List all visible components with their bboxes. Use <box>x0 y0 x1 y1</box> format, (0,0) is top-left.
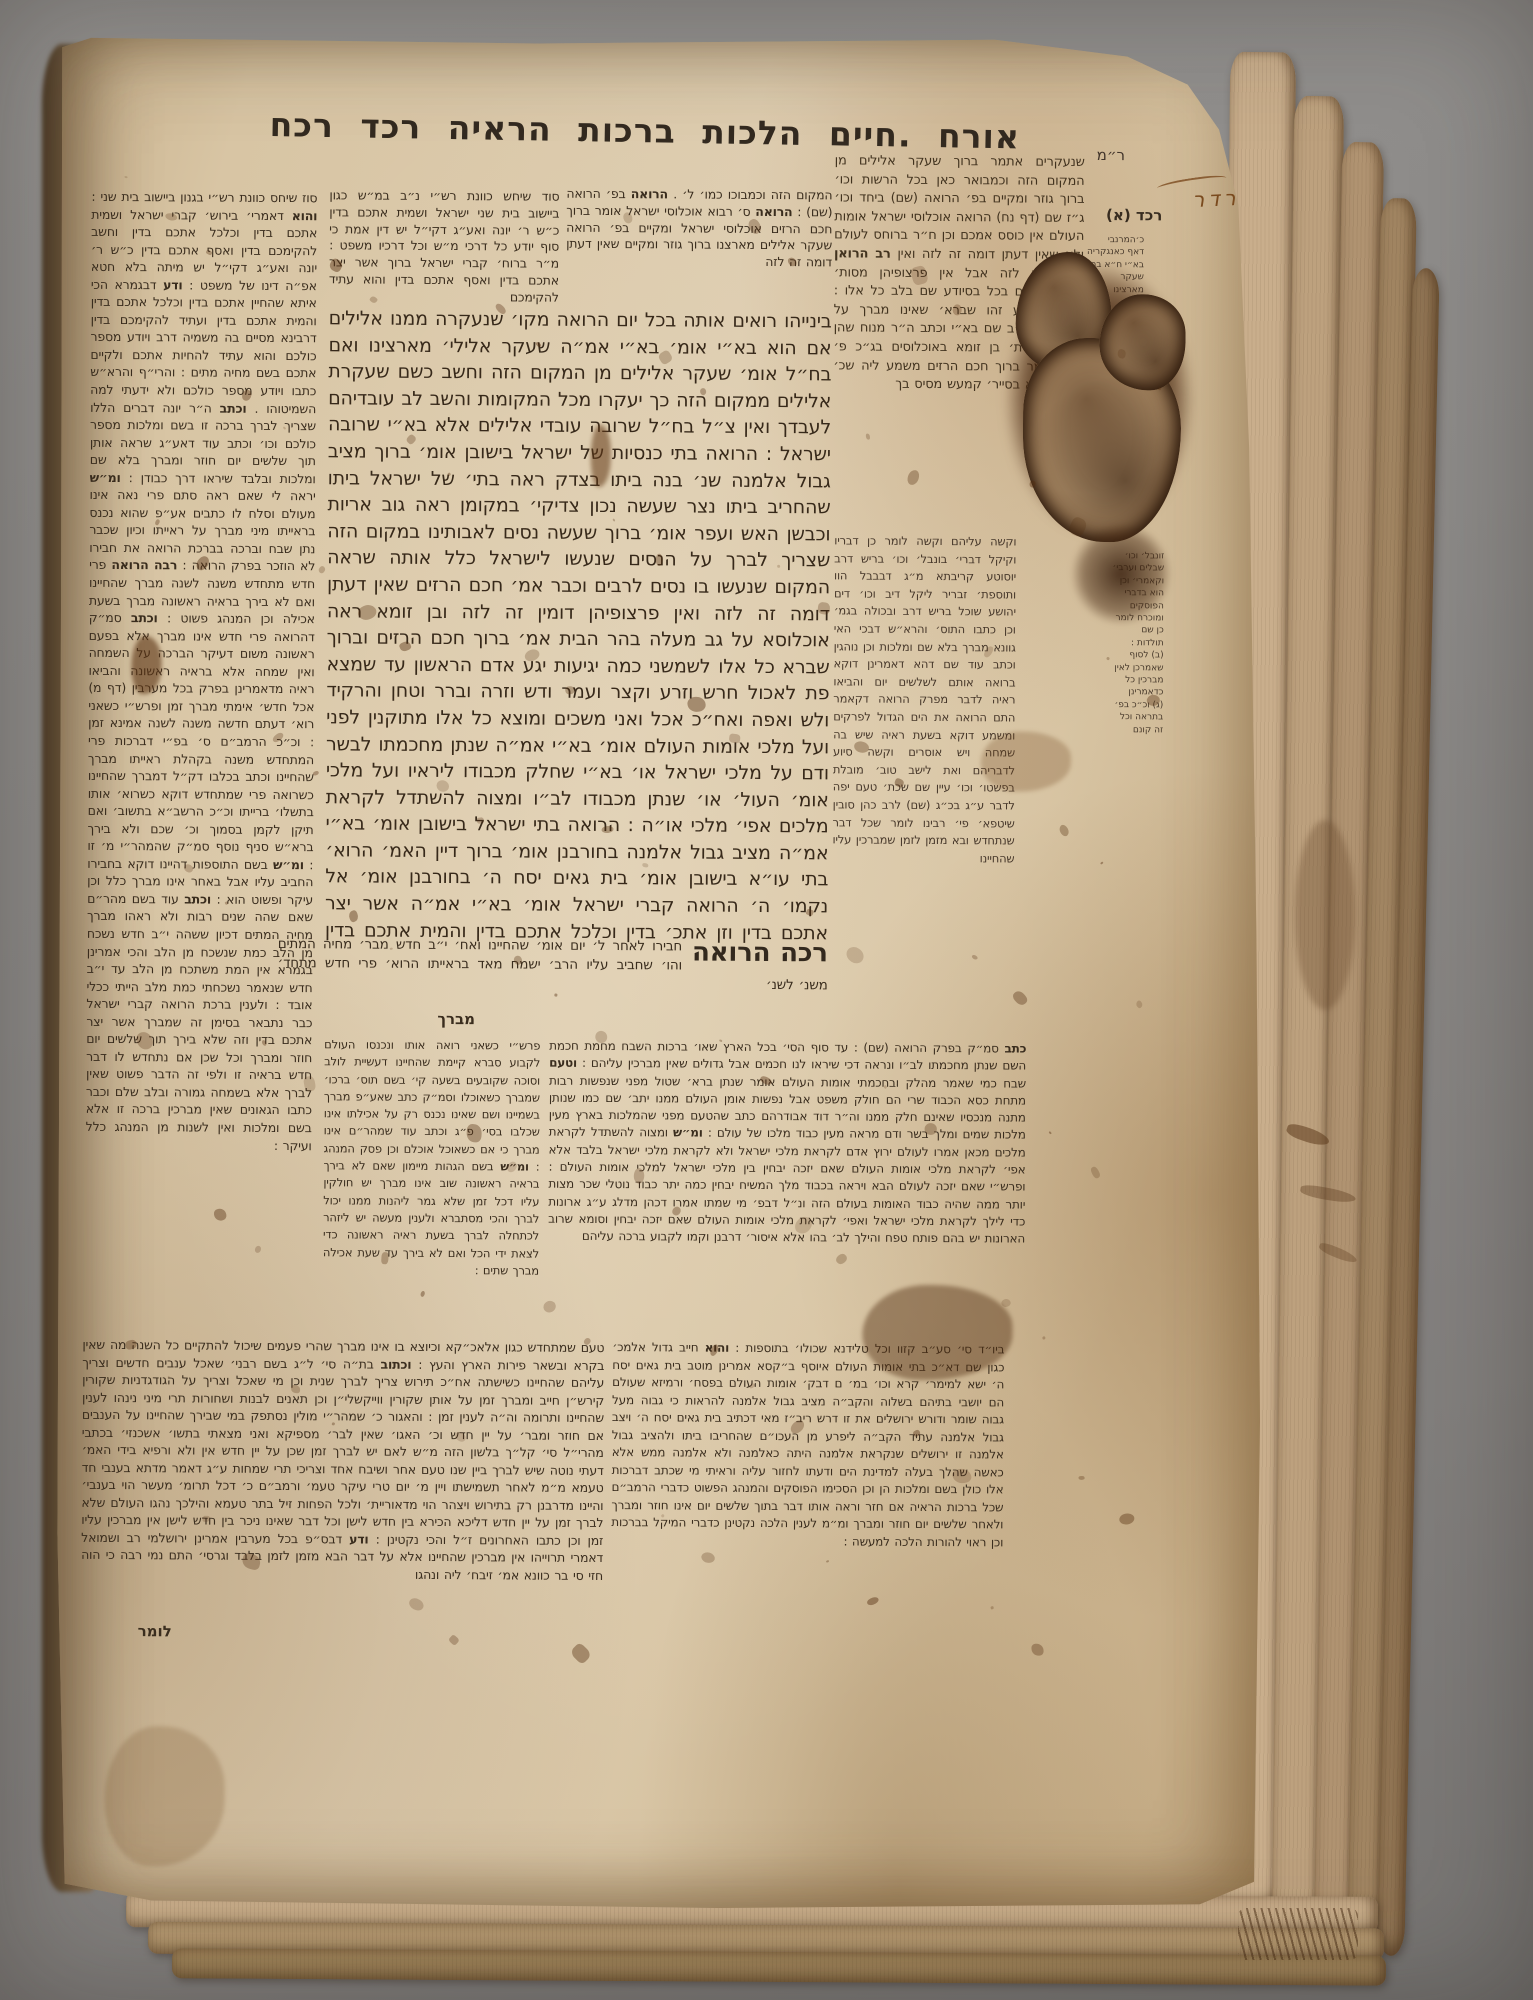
center-column: בינייהו רואים אותה בכל יום הרואה מקו׳ שנ… <box>325 305 832 948</box>
main-page: אורח .חיים הלכות ברכות הראיה רכד רכח ר״מ… <box>55 36 1260 1908</box>
siman-225-block: רכה הרואה חבירו לאחר ל׳ יום אומ׳ שהחיינו… <box>277 935 828 1034</box>
top-fragment-a: סוד שיחש כוונת רש״י נ״ב במ״ש כגון ביישוב… <box>329 187 560 306</box>
bottom-left-column: טעם שמתחדש כגון אלאכ״קא וכיוצא בו אינו מ… <box>81 1336 605 1621</box>
bottom-edge-scribble <box>1238 1908 1358 1960</box>
foxing-specks <box>55 36 1260 43</box>
bottom-catchword: לומר <box>138 1622 172 1640</box>
fore-edge-stain <box>1295 820 1355 1010</box>
water-stain <box>104 1726 225 1867</box>
catchword-mevarech: מברך <box>437 1010 475 1028</box>
page-content: אורח .חיים הלכות ברכות הראיה רכד רכח ר״מ… <box>55 36 1260 1908</box>
handwritten-note-text: רדר <box>1192 186 1240 212</box>
bottom-right-column: ביו״ד סי׳ סע״ב קזוו וכל טלידנא שכולו׳ בת… <box>611 1339 1005 1641</box>
book-photograph: אור אורח .חיים הלכות ברכות הראיה רכד רכח… <box>0 0 1533 2000</box>
right-mid-column: וקשה עליהם וקשה לומר כן דבריו וקיקל דברי… <box>832 532 1016 941</box>
top-fragment-b: המקום הזה וכמבוכו כמו׳ ל׳ . הרואה בפ׳ הר… <box>566 186 833 309</box>
left-column: סוז שיחס כוונת רש״י בגנון ביישוב בית שני… <box>84 188 317 1331</box>
water-stain <box>981 731 1071 792</box>
burn-hole <box>1099 294 1186 391</box>
siman-225-heading: רכה הרואה <box>682 937 828 969</box>
lower-left-subcolumn: פרש״י כשאני רואה אותו ונכנסו העולם לקבוע… <box>322 1036 540 1333</box>
under-page-edge-bottom <box>172 1948 1386 1985</box>
page-header-title: אורח .חיים הלכות ברכות הראיה רכד רכח <box>205 104 1086 158</box>
running-head: ר״מ <box>1097 146 1125 164</box>
